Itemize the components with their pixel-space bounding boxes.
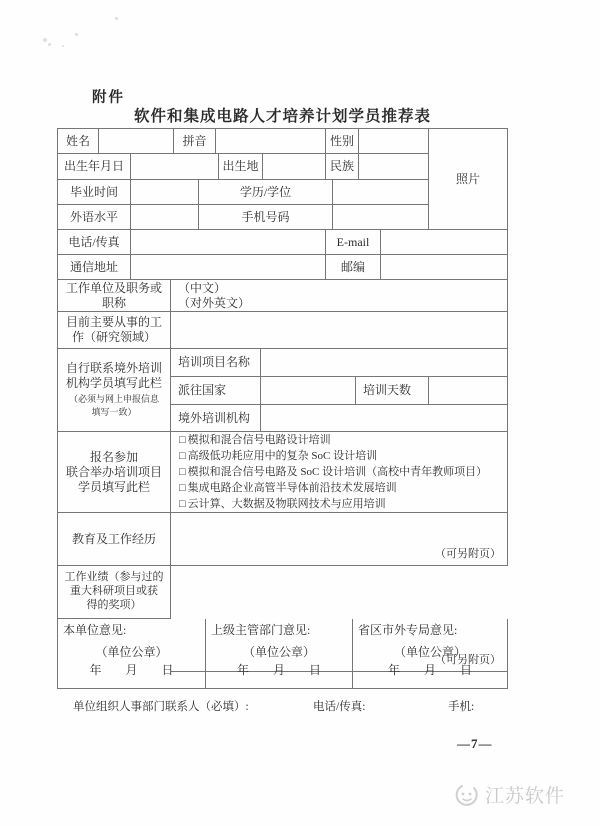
training-option-label: 集成电路企业高管半导体前沿技术发展培训 — [188, 480, 397, 496]
bureau-opinion-title: 省区市外专局意见: — [353, 619, 507, 638]
contact-mobile-label: 手机: — [448, 698, 474, 714]
ethnicity-label: 民族 — [326, 154, 359, 180]
gender-label: 性别 — [326, 129, 359, 154]
training-option-row[interactable]: □ 模拟和混合信号电路及 SoC 设计培训（高校中青年教师项目） — [179, 464, 487, 480]
scan-speck — [48, 43, 51, 46]
training-option-label: 云计算、大数据及物联网技术与应用培训 — [188, 496, 386, 512]
project-name-label: 培训项目名称 — [171, 349, 261, 377]
current-work-label: 目前主要从事的工 作（研究领域） — [58, 312, 171, 349]
overseas-training-label-main: 自行联系境外培训 机构学员填写此栏 — [66, 361, 162, 391]
current-work-input-cell[interactable] — [171, 312, 508, 349]
postal-code-label: 邮编 — [326, 255, 381, 280]
unit-date-placeholder: 年 月 日 — [58, 663, 205, 678]
training-option-label: 模拟和混合信号电路及 SoC 设计培训（高校中青年教师项目） — [188, 464, 487, 480]
postal-code-input-cell[interactable] — [381, 255, 508, 280]
checkbox-icon[interactable]: □ — [179, 480, 186, 496]
foreign-language-input-cell[interactable] — [131, 205, 199, 230]
pinyin-label: 拼音 — [174, 129, 216, 154]
graduation-time-label: 毕业时间 — [58, 180, 131, 205]
birth-date-label: 出生年月日 — [58, 154, 131, 180]
name-input-cell[interactable] — [99, 129, 174, 154]
scan-speck — [115, 17, 118, 20]
hr-contact-label: 单位组织人事部门联系人（必填）: — [73, 698, 249, 714]
bureau-date-placeholder: 年 月 日 — [353, 663, 507, 678]
email-label: E-mail — [326, 230, 381, 255]
unit-seal-placeholder: （单位公章） — [58, 645, 205, 660]
watermark-text: 江苏软件 — [485, 781, 565, 808]
mailing-address-input-cell[interactable] — [131, 255, 326, 280]
scan-speck — [43, 38, 47, 42]
training-option-label: 模拟和混合信号电路设计培训 — [188, 432, 331, 448]
email-input-cell[interactable] — [381, 230, 508, 255]
gender-input-cell[interactable] — [359, 129, 429, 154]
training-option-row[interactable]: □ 云计算、大数据及物联网技术与应用培训 — [179, 496, 386, 512]
scanned-document-page: 附件 软件和集成电路人才培养计划学员推荐表 姓名 拼音 性别 出生年月日 出生地… — [0, 0, 600, 826]
bureau-seal-placeholder: （单位公章） — [353, 645, 507, 660]
birth-place-input-cell[interactable] — [263, 154, 326, 180]
scan-speck — [62, 45, 64, 47]
photo-cell: 照片 — [429, 129, 508, 230]
bureau-opinion-cell: 省区市外专局意见: （单位公章） 年 月 日 — [353, 619, 508, 689]
destination-country-input-cell[interactable] — [261, 377, 356, 405]
overseas-training-label-note: （必须与网上申报信息 填写一致） — [69, 393, 159, 420]
checkbox-icon[interactable]: □ — [179, 496, 186, 512]
superior-opinion-title: 上级主管部门意见: — [206, 619, 352, 638]
pinyin-input-cell[interactable] — [216, 129, 326, 154]
mailing-address-label: 通信地址 — [58, 255, 131, 280]
birth-place-label: 出生地 — [219, 154, 263, 180]
achievements-label: 工作业绩（参与过的 重大科研项目或获 得的奖项） — [58, 566, 171, 619]
name-label: 姓名 — [58, 129, 99, 154]
unit-opinion-title: 本单位意见: — [58, 619, 205, 638]
training-option-label: 高级低功耗应用中的复杂 SoC 设计培训 — [188, 448, 377, 464]
mobile-number-label: 手机号码 — [199, 205, 333, 230]
training-days-input-cell[interactable] — [429, 377, 508, 405]
birth-date-input-cell[interactable] — [131, 154, 219, 180]
contact-phone-fax-label: 电话/传真: — [313, 698, 365, 714]
joint-training-options-cell: □ 模拟和混合信号电路设计培训 □ 高级低功耗应用中的复杂 SoC 设计培训 □… — [171, 432, 508, 513]
training-days-label: 培训天数 — [356, 377, 429, 405]
overseas-institution-input-cell[interactable] — [261, 405, 508, 432]
ethnicity-input-cell[interactable] — [359, 154, 429, 180]
attach-page-note: （可另附页） — [435, 548, 501, 562]
education-work-label: 教育及工作经历 — [58, 513, 171, 566]
project-name-input-cell[interactable] — [261, 349, 508, 377]
checkbox-icon[interactable]: □ — [179, 432, 186, 448]
training-option-row[interactable]: □ 集成电路企业高管半导体前沿技术发展培训 — [179, 480, 397, 496]
smiley-logo-icon — [454, 782, 480, 808]
checkbox-icon[interactable]: □ — [179, 464, 186, 480]
work-unit-label: 工作单位及职务或 职称 — [58, 280, 171, 312]
mobile-number-input-cell[interactable] — [333, 205, 429, 230]
scan-speck — [75, 33, 78, 36]
training-option-row[interactable]: □ 模拟和混合信号电路设计培训 — [179, 432, 331, 448]
unit-opinion-cell: 本单位意见: （单位公章） 年 月 日 — [58, 619, 206, 689]
phone-fax-label: 电话/传真 — [58, 230, 131, 255]
superior-seal-placeholder: （单位公章） — [206, 645, 352, 660]
overseas-training-label: 自行联系境外培训 机构学员填写此栏 （必须与网上申报信息 填写一致） — [58, 349, 171, 432]
form-title: 软件和集成电路人才培养计划学员推荐表 — [57, 104, 508, 126]
overseas-institution-label: 境外培训机构 — [171, 405, 261, 432]
page-number: —7— — [457, 736, 493, 752]
training-option-row[interactable]: □ 高级低功耗应用中的复杂 SoC 设计培训 — [179, 448, 377, 464]
superior-opinion-cell: 上级主管部门意见: （单位公章） 年 月 日 — [206, 619, 353, 689]
education-work-input-cell[interactable]: （可另附页） — [171, 513, 508, 566]
superior-date-placeholder: 年 月 日 — [206, 663, 352, 678]
joint-training-label: 报名参加 联合举办培训项目 学员填写此栏 — [58, 432, 171, 513]
destination-country-label: 派往国家 — [171, 377, 261, 405]
watermark: 江苏软件 — [454, 781, 565, 808]
phone-fax-input-cell[interactable] — [131, 230, 326, 255]
education-degree-label: 学历/学位 — [199, 180, 333, 205]
foreign-language-label: 外语水平 — [58, 205, 131, 230]
recommendation-form-table: 姓名 拼音 性别 出生年月日 出生地 民族 照片 毕业时间 学历/学位 外语水平… — [57, 128, 508, 689]
education-degree-input-cell[interactable] — [333, 180, 429, 205]
graduation-time-input-cell[interactable] — [131, 180, 199, 205]
checkbox-icon[interactable]: □ — [179, 448, 186, 464]
work-unit-input-cell[interactable]: （中文） （对外英文） — [171, 280, 508, 312]
